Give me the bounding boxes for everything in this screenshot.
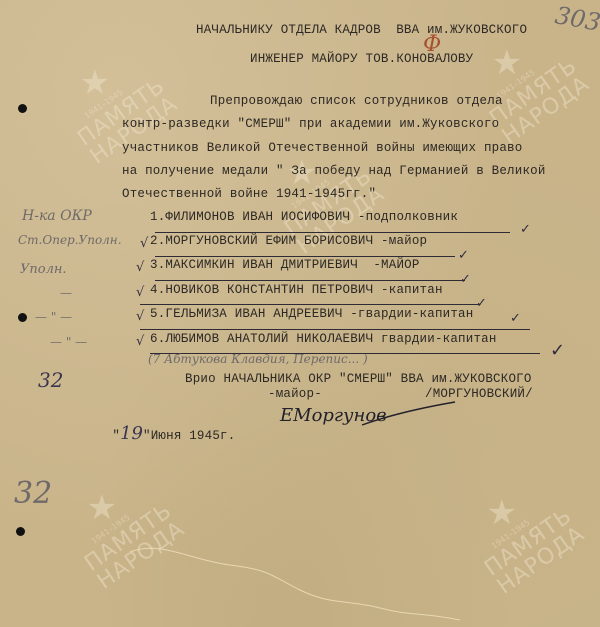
checkmark-icon: √ (136, 334, 144, 349)
underline (155, 256, 455, 257)
body-line: Отечественной войне 1941-1945гг." (122, 187, 376, 201)
margin-note: — " — (35, 310, 72, 324)
addressee-line-1: НАЧАЛЬНИКУ ОТДЕЛА КАДРОВ ВВА им.ЖУКОВСКО… (196, 23, 527, 37)
date-line: "19"Июня 1945г. (74, 405, 235, 462)
list-item: 3.МАКСИМКИН ИВАН ДМИТРИЕВИЧ -МАЙОР (150, 258, 420, 272)
list-item: 6.ЛЮБИМОВ АНАТОЛИЙ НИКОЛАЕВИЧ гвардии-ка… (150, 332, 497, 346)
body-line: Препровождаю список сотрудников отдела (210, 94, 503, 108)
signatory-name: /МОРГУНОВСКИЙ/ (425, 387, 533, 401)
underline (140, 329, 530, 330)
checkmark-icon: ✓ (476, 296, 487, 311)
list-item: 5.ГЕЛЬМИЗА ИВАН АНДРЕЕВИЧ -гвардии-капит… (150, 307, 473, 321)
checkmark-icon: ✓ (458, 248, 469, 263)
document-page: ★ 1941–1945 ПАМЯТЬ НАРОДА ★ 1941–1945 ПА… (0, 0, 600, 627)
body-line: на получение медали " За победу над Герм… (122, 164, 546, 178)
date-day: 19 (120, 423, 143, 444)
list-item: 4.НОВИКОВ КОНСТАНТИН ПЕТРОВИЧ -капитан (150, 283, 443, 297)
checkmark-icon: √ (136, 285, 144, 300)
body-line: контр-разведки "СМЕРШ" при академии им.Ж… (122, 117, 499, 131)
margin-number: 32 (38, 368, 63, 392)
list-item: 1.ФИЛИМОНОВ ИВАН ИОСИФОВИЧ -подполковник (150, 210, 458, 224)
body-line: участников Великой Отечественной войны и… (122, 141, 522, 155)
checkmark-icon: √ (136, 309, 144, 324)
signatory-rank: -майор- (268, 387, 322, 401)
red-stamp-mark: Ф (423, 32, 441, 57)
checkmark-icon: ✓ (550, 340, 565, 361)
checkmark-icon: √ (140, 236, 148, 251)
checkmark-icon: ✓ (510, 311, 521, 326)
margin-note: Н-ка ОКР (22, 208, 92, 224)
margin-note: — " — (50, 335, 87, 349)
list-item: 2.МОРГУНОВСКИЙ ЕФИМ БОРИСОВИЧ -майор (150, 234, 427, 248)
handwritten-addition: (7 Абтукова Клавдия, Перепис... ) (148, 352, 368, 366)
margin-note: Ст.Опер.Уполн. (18, 233, 122, 247)
margin-note: — (60, 286, 72, 300)
underline (155, 280, 465, 281)
signatory-title: Врио НАЧАЛЬНИКА ОКР "СМЕРШ" ВВА им.ЖУКОВ… (185, 372, 532, 386)
checkmark-icon: ✓ (520, 222, 531, 237)
margin-number: 32 (14, 476, 52, 511)
signature-stroke (360, 400, 460, 430)
checkmark-icon: √ (136, 260, 144, 275)
checkmark-icon: ✓ (460, 272, 471, 287)
margin-note: Уполн. (20, 262, 67, 277)
underline (155, 232, 510, 233)
underline (140, 304, 480, 305)
